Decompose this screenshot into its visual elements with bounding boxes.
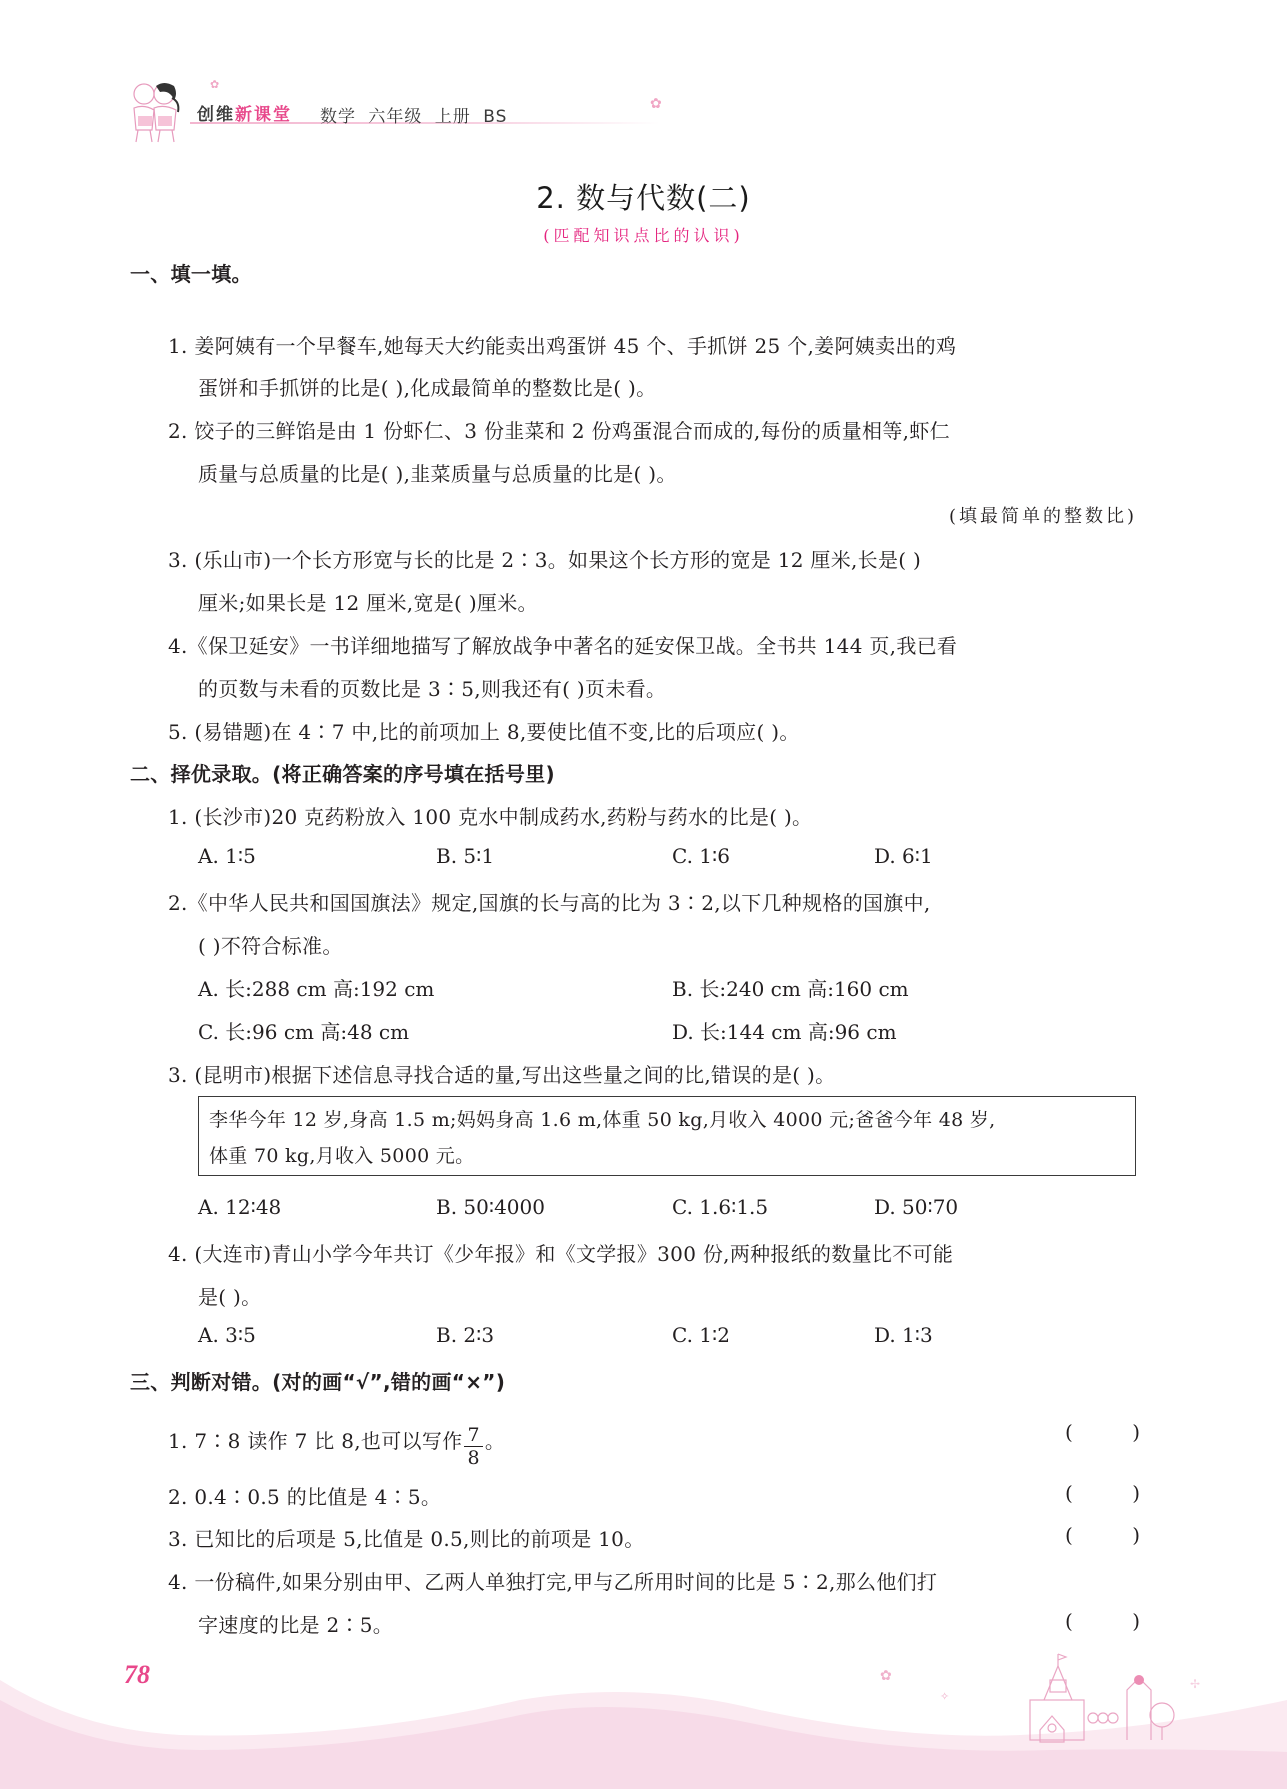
page-number: 78 — [124, 1660, 150, 1690]
info-text: 李华今年 12 岁,身高 1.5 m;妈妈身高 1.6 m,体重 50 kg,月… — [209, 1105, 995, 1132]
question-text: 是( )。 — [198, 1281, 261, 1310]
subject-info: 数学 六年级 上册 BS — [320, 102, 507, 127]
mascot-girls-icon — [124, 80, 194, 146]
option-d: D. 6∶1 — [874, 844, 933, 868]
answer-blank[interactable]: () — [1065, 1609, 1140, 1633]
option-c: C. 1∶2 — [672, 1323, 730, 1347]
question-text: 2. 0.4∶0.5 的比值是 4∶5。 — [168, 1481, 441, 1510]
info-text: 体重 70 kg,月收入 5000 元。 — [209, 1141, 474, 1168]
question-text: 质量与总质量的比是( ),韭菜质量与总质量的比是( )。 — [198, 458, 677, 487]
option-b: B. 50∶4000 — [436, 1195, 545, 1219]
paren-open: ( — [1065, 1481, 1073, 1505]
question-text: 3. 已知比的后项是 5,比值是 0.5,则比的前项是 10。 — [168, 1523, 645, 1552]
svg-text:✧: ✧ — [940, 1690, 949, 1703]
fraction-denominator: 8 — [467, 1447, 479, 1469]
option-d: D. 1∶3 — [874, 1323, 933, 1347]
question-text: 字速度的比是 2∶5。 — [198, 1609, 393, 1638]
option-b: B. 5∶1 — [436, 844, 494, 868]
question-text: 2. 饺子的三鲜馅是由 1 份虾仁、3 份韭菜和 2 份鸡蛋混合而成的,每份的质… — [168, 415, 950, 444]
option-d: D. 50∶70 — [874, 1195, 958, 1219]
section-heading-fill-in: 一、填一填。 — [130, 258, 252, 287]
brand-part2: 新课堂 — [235, 105, 292, 125]
option-b: B. 长:240 cm 高:160 cm — [672, 973, 909, 1002]
paren-open: ( — [1065, 1609, 1073, 1633]
footer-wave-decoration: ✿ ✧ ✢ — [0, 1640, 1287, 1789]
option-d: D. 长:144 cm 高:96 cm — [672, 1016, 897, 1045]
svg-text:✿: ✿ — [880, 1668, 892, 1684]
question-text: 的页数与未看的页数比是 3∶5,则我还有( )页未看。 — [198, 673, 666, 702]
question-text: 厘米;如果长是 12 厘米,宽是( )厘米。 — [198, 587, 538, 616]
flower-decoration-icon: ✿ — [650, 96, 662, 112]
paren-close: ) — [1132, 1523, 1140, 1547]
paren-close: ) — [1132, 1420, 1140, 1444]
page-subtitle: (匹配知识点比的认识) — [0, 223, 1287, 246]
option-b: B. 2∶3 — [436, 1323, 494, 1347]
section-heading-choice: 二、择优录取。(将正确答案的序号填在括号里) — [130, 758, 555, 787]
question-text: ( )不符合标准。 — [198, 930, 343, 959]
option-a: A. 3∶5 — [198, 1323, 256, 1347]
question-text: 4. 一份稿件,如果分别由甲、乙两人单独打完,甲与乙所用时间的比是 5∶2,那么… — [168, 1566, 937, 1595]
option-a: A. 1∶5 — [198, 844, 256, 868]
question-text: 3. (乐山市)一个长方形宽与长的比是 2∶3。如果这个长方形的宽是 12 厘米… — [168, 544, 921, 573]
fraction: 78 — [464, 1424, 482, 1469]
answer-blank[interactable]: () — [1065, 1420, 1140, 1444]
answer-blank[interactable]: () — [1065, 1523, 1140, 1547]
question-text: 1. 姜阿姨有一个早餐车,她每天大约能卖出鸡蛋饼 45 个、手抓饼 25 个,姜… — [168, 330, 956, 359]
info-box: 李华今年 12 岁,身高 1.5 m;妈妈身高 1.6 m,体重 50 kg,月… — [198, 1096, 1136, 1176]
question-text: 蛋饼和手抓饼的比是( ),化成最简单的整数比是( )。 — [198, 372, 656, 401]
svg-text:✢: ✢ — [1190, 1677, 1200, 1691]
fraction-numerator: 7 — [464, 1424, 482, 1447]
option-c: C. 1∶6 — [672, 844, 730, 868]
question-text: 4. (大连市)青山小学今年共订《少年报》和《文学报》300 份,两种报纸的数量… — [168, 1238, 953, 1267]
brand-part1: 创维 — [197, 105, 235, 125]
paren-close: ) — [1132, 1481, 1140, 1505]
answer-blank[interactable]: () — [1065, 1481, 1140, 1505]
question-text: 1. (长沙市)20 克药粉放入 100 克水中制成药水,药粉与药水的比是( )… — [168, 801, 812, 830]
page-title: 2. 数与代数(二) — [0, 176, 1287, 217]
question-text: 5. (易错题)在 4∶7 中,比的前项加上 8,要使比值不变,比的后项应( )… — [168, 716, 800, 745]
option-c: C. 1.6∶1.5 — [672, 1195, 768, 1219]
option-a: A. 长:288 cm 高:192 cm — [198, 973, 434, 1002]
question-text: 3. (昆明市)根据下述信息寻找合适的量,写出这些量之间的比,错误的是( )。 — [168, 1059, 835, 1088]
page-header: ✿ 创维新课堂 数学 六年级 上册 BS ✿ — [120, 78, 550, 148]
option-a: A. 12∶48 — [198, 1195, 281, 1219]
note-text: (填最简单的整数比) — [949, 502, 1137, 528]
section-heading-true-false: 三、判断对错。(对的画“√”,错的画“×”) — [130, 1366, 505, 1395]
paren-open: ( — [1065, 1420, 1073, 1444]
flower-decoration-icon: ✿ — [210, 78, 219, 91]
paren-open: ( — [1065, 1523, 1073, 1547]
question-end: 。 — [485, 1429, 505, 1453]
question-text-main: 1. 7∶8 读作 7 比 8,也可以写作 — [168, 1429, 462, 1453]
question-text: 2.《中华人民共和国国旗法》规定,国旗的长与高的比为 3∶2,以下几种规格的国旗… — [168, 887, 931, 916]
paren-close: ) — [1132, 1609, 1140, 1633]
question-text: 1. 7∶8 读作 7 比 8,也可以写作78。 — [168, 1420, 505, 1465]
brand-name: 创维新课堂 — [197, 100, 292, 125]
question-text: 4.《保卫延安》一书详细地描写了解放战争中著名的延安保卫战。全书共 144 页,… — [168, 630, 957, 659]
option-c: C. 长:96 cm 高:48 cm — [198, 1016, 409, 1045]
